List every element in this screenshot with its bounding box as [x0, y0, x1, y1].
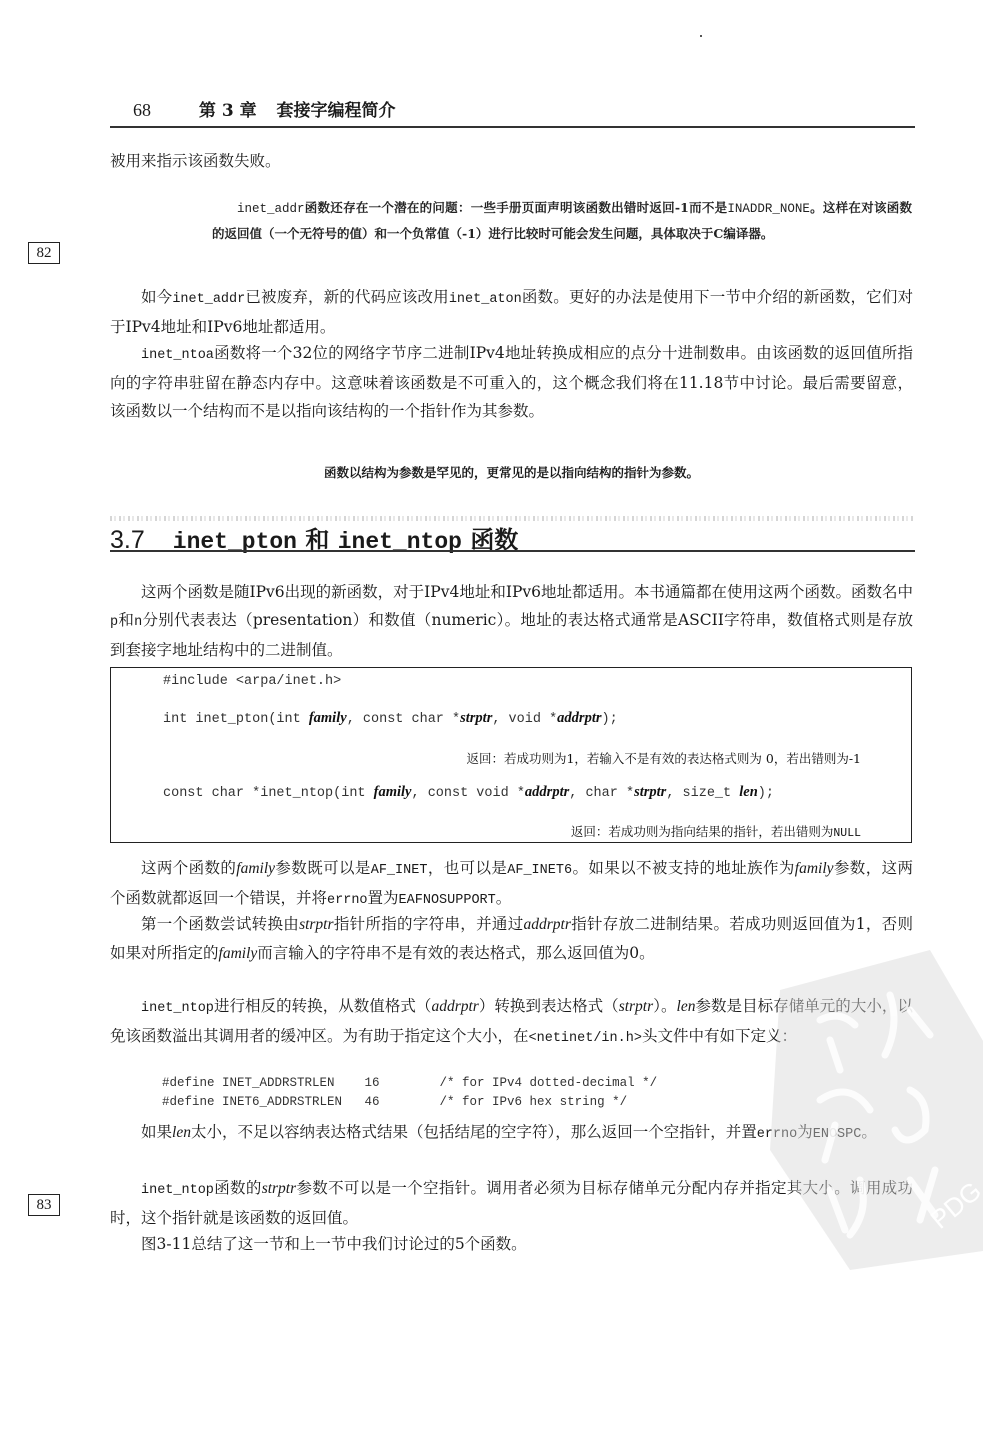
param-len: len [739, 784, 758, 800]
text: 置为 [368, 889, 399, 907]
scan-speck [700, 35, 702, 37]
code-eafnosupport: EAFNOSUPPORT [399, 893, 496, 908]
code-af-inet: AF_INET [371, 863, 428, 878]
page-number: 68 [133, 100, 151, 120]
code-inet-addr: inet_addr [237, 202, 305, 216]
text: 这两个函数的 [141, 859, 236, 877]
param-strptr: strptr [299, 916, 333, 933]
text: ，也可以是 [427, 859, 507, 877]
text: 如今 [141, 288, 172, 306]
function-prototype-box: #include <arpa/inet.h> int inet_pton(int… [110, 667, 912, 843]
running-header: 68 第 3 章 套接字编程简介 [133, 96, 396, 121]
text: 分别代表表达（presentation）和数值（numeric）。地址的表达格式… [110, 611, 913, 659]
library-stamp-watermark-icon: PDG [760, 950, 983, 1270]
text: 进行相反的转换，从数值格式（ [214, 997, 432, 1015]
text: 参数既可以是 [275, 859, 371, 877]
param-family: family [236, 860, 275, 877]
code-errno: errno [327, 893, 368, 908]
code: const char *inet_ntop(int [163, 786, 374, 801]
text: 第一个函数尝试转换由 [141, 915, 299, 933]
code-inet-ntoa: inet_ntoa [141, 348, 214, 363]
text: 而言输入的字符串不是有效的表达格式，那么返回值为0。 [257, 944, 654, 962]
param-family: family [795, 860, 834, 877]
param-len: len [172, 1124, 191, 1141]
param-addrptr: addrptr [557, 710, 601, 726]
note-text: 函数还存在一个潜在的问题：一些手册页面声明该函数出错时返回-1而不是 [305, 200, 728, 215]
code-af-inet6: AF_INET6 [507, 863, 572, 878]
param-strptr: strptr [619, 998, 653, 1015]
chapter-title: 套接字编程简介 [277, 101, 396, 121]
param-strptr: strptr [262, 1180, 296, 1197]
book-page: 68 第 3 章 套接字编程简介 被用来指示该函数失败。 inet_addr函数… [0, 0, 983, 1432]
code-inet-ntop-prototype: const char *inet_ntop(int family, const … [163, 784, 774, 801]
text: ）转换到表达格式（ [479, 997, 619, 1015]
param-family: family [219, 945, 258, 962]
param-family: family [374, 784, 412, 800]
paragraph-continuation: 被用来指示该函数失败。 [110, 147, 913, 175]
code: int inet_pton(int [163, 712, 309, 727]
code-inet-addr: inet_addr [172, 292, 245, 307]
margin-page-ref-83: 83 [28, 1194, 60, 1216]
text: 如果 [141, 1123, 172, 1141]
code: , size_t [666, 786, 739, 801]
code-null: NULL [833, 827, 861, 840]
note-inet-addr: inet_addr函数还存在一个潜在的问题：一些手册页面声明该函数出错时返回-1… [212, 196, 912, 245]
code-define-inet6-addrstrlen: #define INET6_ADDRSTRLEN 46 /* for IPv6 … [162, 1095, 627, 1109]
code: ); [602, 712, 618, 727]
chapter-label: 第 3 章 [199, 101, 257, 121]
text: 指针所指的字符串，并通过 [334, 915, 524, 933]
text: 。 [496, 889, 512, 907]
param-addrptr: addrptr [431, 998, 478, 1015]
paragraph-inet-addr-deprecated: 如今inet_addr已被废弃，新的代码应该改用inet_aton函数。更好的办… [110, 283, 913, 341]
code-include: #include <arpa/inet.h> [163, 674, 341, 689]
note-struct-argument: 函数以结构为参数是罕见的，更常见的是以指向结构的指针为参数。 [110, 463, 913, 481]
header-rule [110, 126, 915, 128]
code-define-inet-addrstrlen: #define INET_ADDRSTRLEN 16 /* for IPv4 d… [162, 1076, 657, 1090]
code: , void * [492, 712, 557, 727]
code-inet-aton: inet_aton [449, 292, 522, 307]
code-inet-ntop: inet_ntop [141, 1001, 214, 1016]
code-inet-pton-prototype: int inet_pton(int family, const char *st… [163, 710, 618, 727]
param-addrptr: addrptr [524, 916, 571, 933]
paragraph-intro: 这两个函数是随IPv6出现的新函数，对于IPv4地址和IPv6地址都适用。本书通… [110, 578, 913, 664]
param-family: family [309, 710, 347, 726]
paragraph-inet-ntoa: inet_ntoa函数将一个32位的网络字节序二进制IPv4地址转换成相应的点分… [110, 339, 913, 425]
code-inet-ntop: inet_ntop [141, 1183, 214, 1198]
code: , const char * [347, 712, 460, 727]
code: , const void * [412, 786, 525, 801]
text: 函数的 [214, 1179, 262, 1197]
code-p: p [110, 615, 118, 630]
text: 太小，不足以容纳表达格式结果（包括结尾的空字符），那么返回一个空指针，并置 [191, 1123, 757, 1141]
text: 。如果以不被支持的地址族作为 [572, 859, 795, 877]
param-strptr: strptr [634, 784, 666, 800]
text: ）。 [653, 997, 676, 1015]
margin-page-ref-82: 82 [28, 242, 60, 264]
ntop-return-description: 返回：若成功则为指向结果的指针，若出错则为NULL [571, 822, 861, 840]
param-len: len [677, 998, 696, 1015]
text: 和 [118, 611, 134, 629]
code-netinet-in-h: <netinet/in.h> [529, 1031, 642, 1046]
pton-return-description: 返回：若成功则为1，若输入不是有效的表达格式则为 0，若出错则为-1 [466, 749, 861, 767]
text: 这两个函数是随IPv6出现的新函数，对于IPv4地址和IPv6地址都适用。本书通… [141, 583, 913, 601]
code-inaddr-none: INADDR_NONE [727, 202, 810, 216]
text: 返回：若成功则为指向结果的指针，若出错则为 [571, 824, 834, 839]
code: , char * [569, 786, 634, 801]
param-addrptr: addrptr [525, 784, 569, 800]
text: 函数将一个32位的网络字节序二进制IPv4地址转换成相应的点分十进制数串。由该函… [110, 344, 913, 420]
section-rule [110, 550, 915, 552]
paragraph-family-argument: 这两个函数的family参数既可以是AF_INET，也可以是AF_INET6。如… [110, 854, 913, 914]
param-strptr: strptr [460, 710, 492, 726]
code: ); [758, 786, 774, 801]
text: 已被废弃，新的代码应该改用 [245, 288, 449, 306]
